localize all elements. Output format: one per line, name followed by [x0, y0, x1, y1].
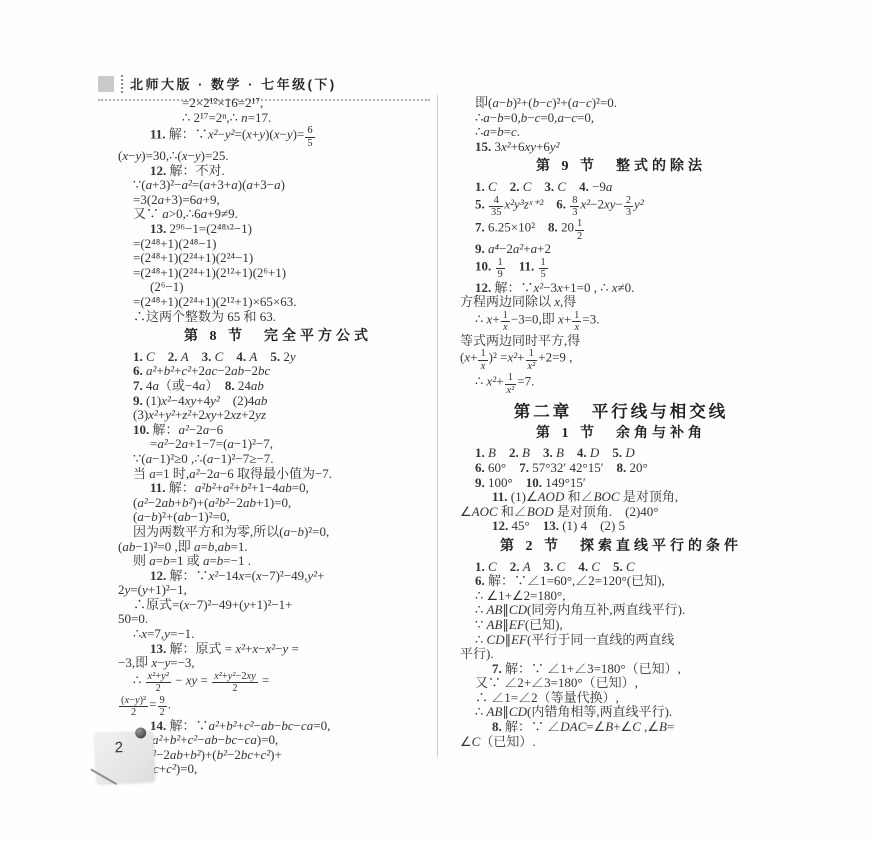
answer-line: ∴ ∠1+∠2=180°, [460, 589, 782, 604]
answer-line: =3(2a+3)=6a+9, [118, 193, 438, 208]
answer-line: ∴这两个整数为 65 和 63. [118, 310, 438, 325]
answer-line: −3,即 x−y=−3, [118, 656, 438, 671]
answer-line: (2⁶−1) [118, 280, 438, 295]
answer-line: 11. (1)∠AOD 和∠BOC 是对顶角, [460, 490, 782, 505]
answer-line: 1. C 2. A 3. C 4. A 5. 2y [118, 350, 438, 365]
answer-line: 则 a=b=1 或 a=b=−1 . [118, 554, 438, 569]
answer-line: ∴ ∠1=∠2（等量代换）, [460, 691, 782, 706]
fraction: 92 [158, 695, 167, 719]
answer-line: 8. 解：∵ ∠DAC=∠B+∠C ,∠B= [460, 720, 782, 735]
answer-line: 11. 解：a²b²+a²+b²+1−4ab=0, [118, 481, 438, 496]
answer-line: 12. 解：∵x²−3x+1=0 , ∴ x≠0. [460, 281, 782, 296]
page-number-note: 2 [95, 731, 155, 783]
fraction: 65 [305, 125, 314, 149]
answer-line: 方程两边同除以 x,得 [460, 295, 782, 310]
book-page: 北师大版 · 数学 · 七年级(下) =2×2¹²×16=2¹⁷,∴ 2¹⁷=2… [0, 0, 870, 842]
section-heading: 第 9 节 整式的除法 [460, 160, 782, 175]
section-heading: 第 1 节 余角与补角 [460, 427, 782, 442]
chapter-heading: 第二章 平行线与相交线 [460, 405, 782, 420]
answer-line: ∴2(a²+b²+c²−ab−bc−ca)=0, [118, 733, 438, 748]
answer-line: ∠AOC 和∠BOD 是对顶角. (2)40° [460, 505, 782, 520]
answer-line: 2y=(y+1)²−1, [118, 583, 438, 598]
answer-line: 5. 435x²y³zˣ⁺² 6. 83x²−2xy−23y² [460, 195, 782, 219]
answer-line: 等式两边同时平方,得 [460, 334, 782, 349]
note-curl [90, 768, 117, 785]
section-heading: 第 2 节 探索直线平行的条件 [460, 540, 782, 555]
answer-line: 10. 解：a²−2a−6 [118, 423, 438, 438]
answer-line: 50=0. [118, 612, 438, 627]
answer-line: 13. 解：原式 = x²+x−x²−y = [118, 642, 438, 657]
answer-line: (x−y)²2=92. [118, 695, 438, 719]
answer-line: ∵(a−1)²≥0 ,∴(a−1)²−7≥−7. [118, 452, 438, 467]
fraction: 19 [496, 257, 505, 281]
right-column: 即(a−b)²+(b−c)²+(a−c)²=0.∴a−b=0,b−c=0,a−c… [460, 96, 782, 749]
answer-line: ∠C（已知）. [460, 735, 782, 750]
answer-line: 又∵ a>0,∴6a+9≠9. [118, 207, 438, 222]
fraction: 83 [570, 195, 579, 219]
fraction: 435 [489, 195, 503, 219]
answer-line: 14. 解：∵a²+b²+c²−ab−bc−ca=0, [118, 719, 438, 734]
answer-line: 7. 6.25×10² 8. 2012 [460, 218, 782, 242]
answer-line: 1. C 2. C 3. C 4. −9a [460, 180, 782, 195]
answer-line: (ab−1)²=0 ,即 a=b,ab=1. [118, 540, 438, 555]
answer-line: 12. 45° 13. (1) 4 (2) 5 [460, 519, 782, 534]
answer-line: ∴ AB∥CD(内错角相等,两直线平行). [460, 705, 782, 720]
answer-line: =(2⁴⁸+1)(2²⁴+1)(2¹²+1)×65×63. [118, 295, 438, 310]
dotted-separator-icon [121, 75, 123, 93]
answer-line: 7. 4a（或−4a） 8. 24ab [118, 379, 438, 394]
fraction: 1x [478, 348, 487, 372]
fraction: 15 [539, 257, 548, 281]
answer-line: ∴ AB∥CD(同旁内角互补,两直线平行). [460, 603, 782, 618]
fraction: 1x² [526, 348, 538, 372]
book-title: 北师大版 · 数学 · 七年级(下) [130, 74, 337, 93]
page-number: 2 [114, 739, 123, 756]
answer-line: 6. a²+b²+c²+2ac−2ab−2bc [118, 364, 438, 379]
fraction: x²+y²2 [146, 671, 171, 695]
answer-line: (a−b)²+(ab−1)²=0, [118, 510, 438, 525]
answer-line: ∵ AB∥EF(已知), [460, 618, 782, 633]
fraction: 1x² [505, 372, 517, 396]
answer-line: ∵(a+3)²−a²=(a+3+a)(a+3−a) [118, 178, 438, 193]
answer-line: 6. 60° 7. 57°32′ 42°15′ 8. 20° [460, 461, 782, 476]
answer-line: ∴ x²+y²2 − xy = x²+y²−2xy2 = [118, 671, 438, 695]
fraction: 1x [501, 310, 510, 334]
header-block-icon [98, 76, 114, 92]
pin-icon [135, 727, 146, 738]
answer-line: 11. 解：∵x²−y²=(x+y)(x−y)=65 [118, 125, 438, 149]
answer-line: ∴a−b=0,b−c=0,a−c=0, [460, 111, 782, 126]
answer-line: 13. 2⁹⁶−1=(2⁴⁸ˣ²−1) [118, 222, 438, 237]
answer-line: =(2⁴⁸+1)(2²⁴+1)(2²⁴−1) [118, 251, 438, 266]
answer-line: ∴原式=(x−7)²−49+(y+1)²−1+ [118, 598, 438, 613]
answer-line: ∴ CD∥EF(平行于同一直线的两直线 [460, 633, 782, 648]
answer-line: ∴(a²−2ab+b²)+(b²−2bc+c²)+ [118, 748, 438, 763]
answer-line: 12. 解：∵x²−14x=(x−7)²−49,y²+ [118, 569, 438, 584]
answer-line: 1. B 2. B 3. B 4. D 5. D [460, 446, 782, 461]
answer-line: 平行). [460, 647, 782, 662]
answer-line: =(2⁴⁸+1)(2⁴⁸−1) [118, 237, 438, 252]
answer-line: 15. 3x²+6xy+6y² [460, 140, 782, 155]
answer-line: (x+1x)² =x²+1x²+2=9 , [460, 348, 782, 372]
answer-line: =(2⁴⁸+1)(2²⁴+1)(2¹²+1)(2⁶+1) [118, 266, 438, 281]
answer-line: ∴a=b=c. [460, 125, 782, 140]
fraction: (x−y)²2 [119, 695, 148, 719]
answer-line: (3)x²+y²+z²+2xy+2xz+2yz [118, 408, 438, 423]
answer-line: 即(a−b)²+(b−c)²+(a−c)²=0. [460, 96, 782, 111]
fraction: 1x [572, 310, 581, 334]
fraction: 23 [624, 195, 633, 219]
answer-line: ∴x=7,y=−1. [118, 627, 438, 642]
answer-line: 当 a=1 时,a²−2a−6 取得最小值为−7. [118, 467, 438, 482]
answer-line: =2×2¹²×16=2¹⁷, [118, 96, 438, 111]
answer-line: 又∵ ∠2+∠3=180°（已知）, [460, 676, 782, 691]
left-column: =2×2¹²×16=2¹⁷,∴ 2¹⁷=2ⁿ,∴ n=17.11. 解：∵x²−… [118, 96, 438, 777]
answer-line: 6. 解：∵∠1=60°,∠2=120°(已知), [460, 574, 782, 589]
answer-line: 10. 19 11. 15 [460, 257, 782, 281]
fraction: 12 [575, 218, 584, 242]
answer-line: 1. C 2. A 3. C 4. C 5. C [460, 560, 782, 575]
answer-line: 9. 100° 10. 149°15′ [460, 476, 782, 491]
answer-line: 7. 解：∵ ∠1+∠3=180°（已知）, [460, 662, 782, 677]
answer-line: (x−y)=30,∴(x−y)=25. [118, 149, 438, 164]
answer-line: ∴ 2¹⁷=2ⁿ,∴ n=17. [118, 111, 438, 126]
answer-line: ∴ x²+1x²=7. [460, 372, 782, 396]
answer-line: 12. 解：不对. [118, 164, 438, 179]
answer-line: 9. a⁴−2a²+a+2 [460, 242, 782, 257]
fraction: x²+y²−2xy2 [212, 671, 258, 695]
answer-line: =a²−2a+1−7=(a−1)²−7, [118, 437, 438, 452]
answer-line: 因为两数平方和为零,所以(a−b)²=0, [118, 525, 438, 540]
section-heading: 第 8 节 完全平方公式 [118, 330, 438, 345]
answer-line: ∴ x+1x−3=0,即 x+1x=3. [460, 310, 782, 334]
answer-line: 9. (1)x²−4xy+4y² (2)4ab [118, 394, 438, 409]
answer-line: (a²−2ac+c²)=0, [118, 762, 438, 777]
answer-line: (a²−2ab+b²)+(a²b²−2ab+1)=0, [118, 496, 438, 511]
